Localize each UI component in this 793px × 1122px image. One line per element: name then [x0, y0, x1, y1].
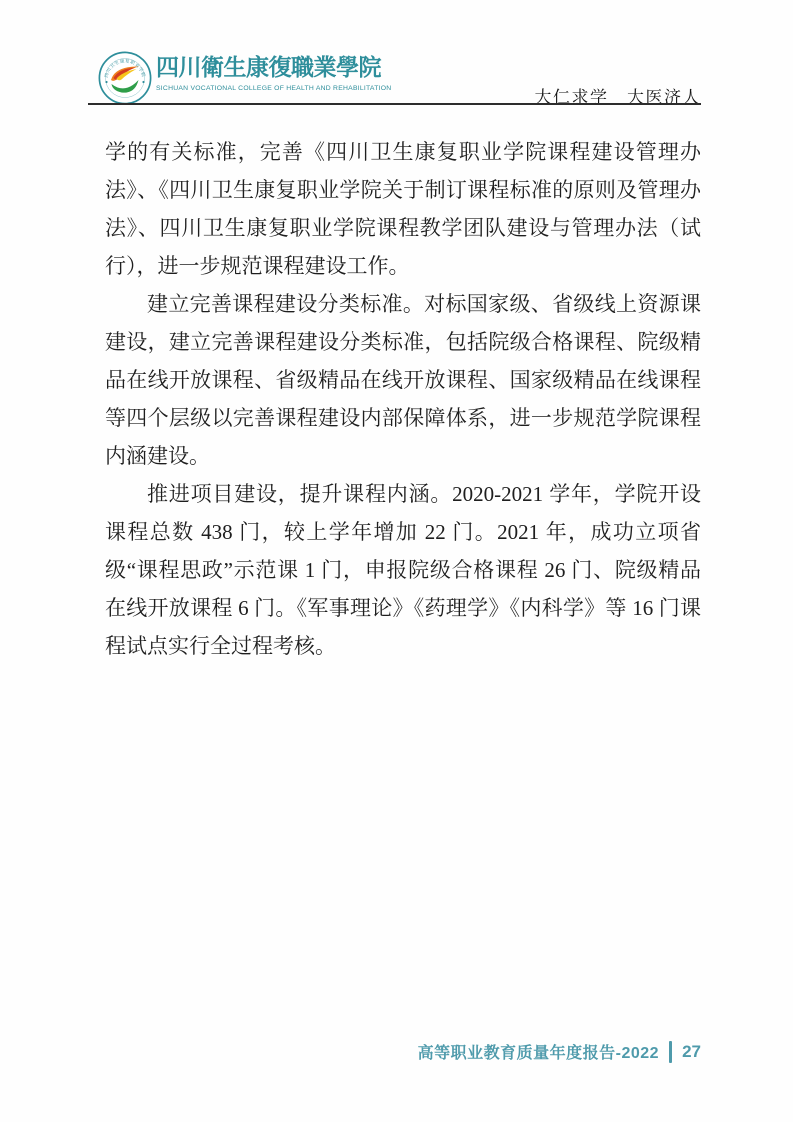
college-name-zh: 四川衛生康復職業學院: [156, 55, 391, 81]
college-name-block: 四川衛生康復職業學院 SICHUAN VOCATIONAL COLLEGE OF…: [156, 55, 391, 92]
paragraph-project-construction: 推进项目建设，提升课程内涵。2020-2021 学年，学院开设课程总数 438 …: [105, 475, 701, 665]
document-page: 四川卫生康复职业学院 四川衛生康復職業學院 SICHUAN VOCATIONAL…: [0, 0, 793, 1122]
paragraph-course-standards: 建立完善课程建设分类标准。对标国家级、省级线上资源课建设，建立完善课程建设分类标…: [105, 285, 701, 475]
paragraph-continuation: 学的有关标准，完善《四川卫生康复职业学院课程建设管理办法》、《四川卫生康复职业学…: [105, 133, 701, 285]
footer-separator: [669, 1041, 672, 1063]
page-footer: 高等职业教育质量年度报告-2022 27: [418, 1040, 701, 1063]
footer-report-title: 高等职业教育质量年度报告-2022: [418, 1040, 659, 1063]
footer-page-number: 27: [682, 1042, 701, 1062]
header-rule: [88, 103, 701, 105]
college-name-en: SICHUAN VOCATIONAL COLLEGE OF HEALTH AND…: [156, 85, 391, 92]
page-body-text: 学的有关标准，完善《四川卫生康复职业学院课程建设管理办法》、《四川卫生康复职业学…: [105, 133, 701, 665]
college-seal-icon: 四川卫生康复职业学院: [98, 51, 152, 105]
